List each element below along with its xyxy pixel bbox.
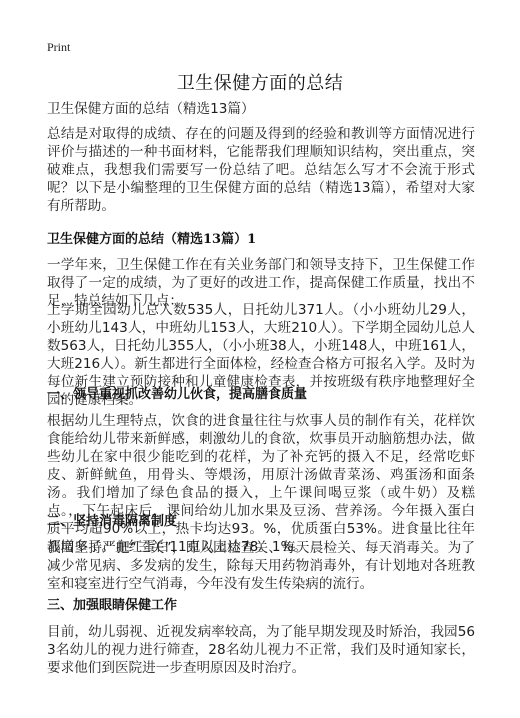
page-title: 卫生保健方面的总结 bbox=[0, 69, 520, 95]
section-body-eye-care: 目前，幼儿弱视、近视发病率较高，为了能早期发现及时矫治，我园563名幼儿的视力进… bbox=[47, 623, 475, 677]
section-heading-diet: 一、领导重视抓改善幼儿伙食，提高膳食质量 bbox=[47, 386, 475, 404]
section-heading-eye-care: 三、加强眼睛保健工作 bbox=[47, 597, 475, 615]
section-body-disinfection: 我园坚持严把“三关”，即入园检查关、每天晨检关、每天消毒关。为了减少常见病、多发… bbox=[47, 539, 475, 593]
section-title: 卫生保健方面的总结（精选13篇）1 bbox=[47, 231, 475, 249]
intro-paragraph: 总结是对取得的成绩、存在的问题及得到的经验和教训等方面情况进行评价与描述的一种书… bbox=[47, 125, 475, 215]
section-heading-disinfection: 二、坚持消毒隔离制度 bbox=[47, 513, 475, 531]
section-body-diet: 根据幼儿生理特点，饮食的进食量往往与炊事人员的制作有关，花样饮食能给幼儿带来新鲜… bbox=[47, 412, 475, 556]
print-link[interactable]: Print bbox=[47, 40, 70, 55]
document-subtitle: 卫生保健方面的总结（精选13篇） bbox=[47, 100, 475, 118]
